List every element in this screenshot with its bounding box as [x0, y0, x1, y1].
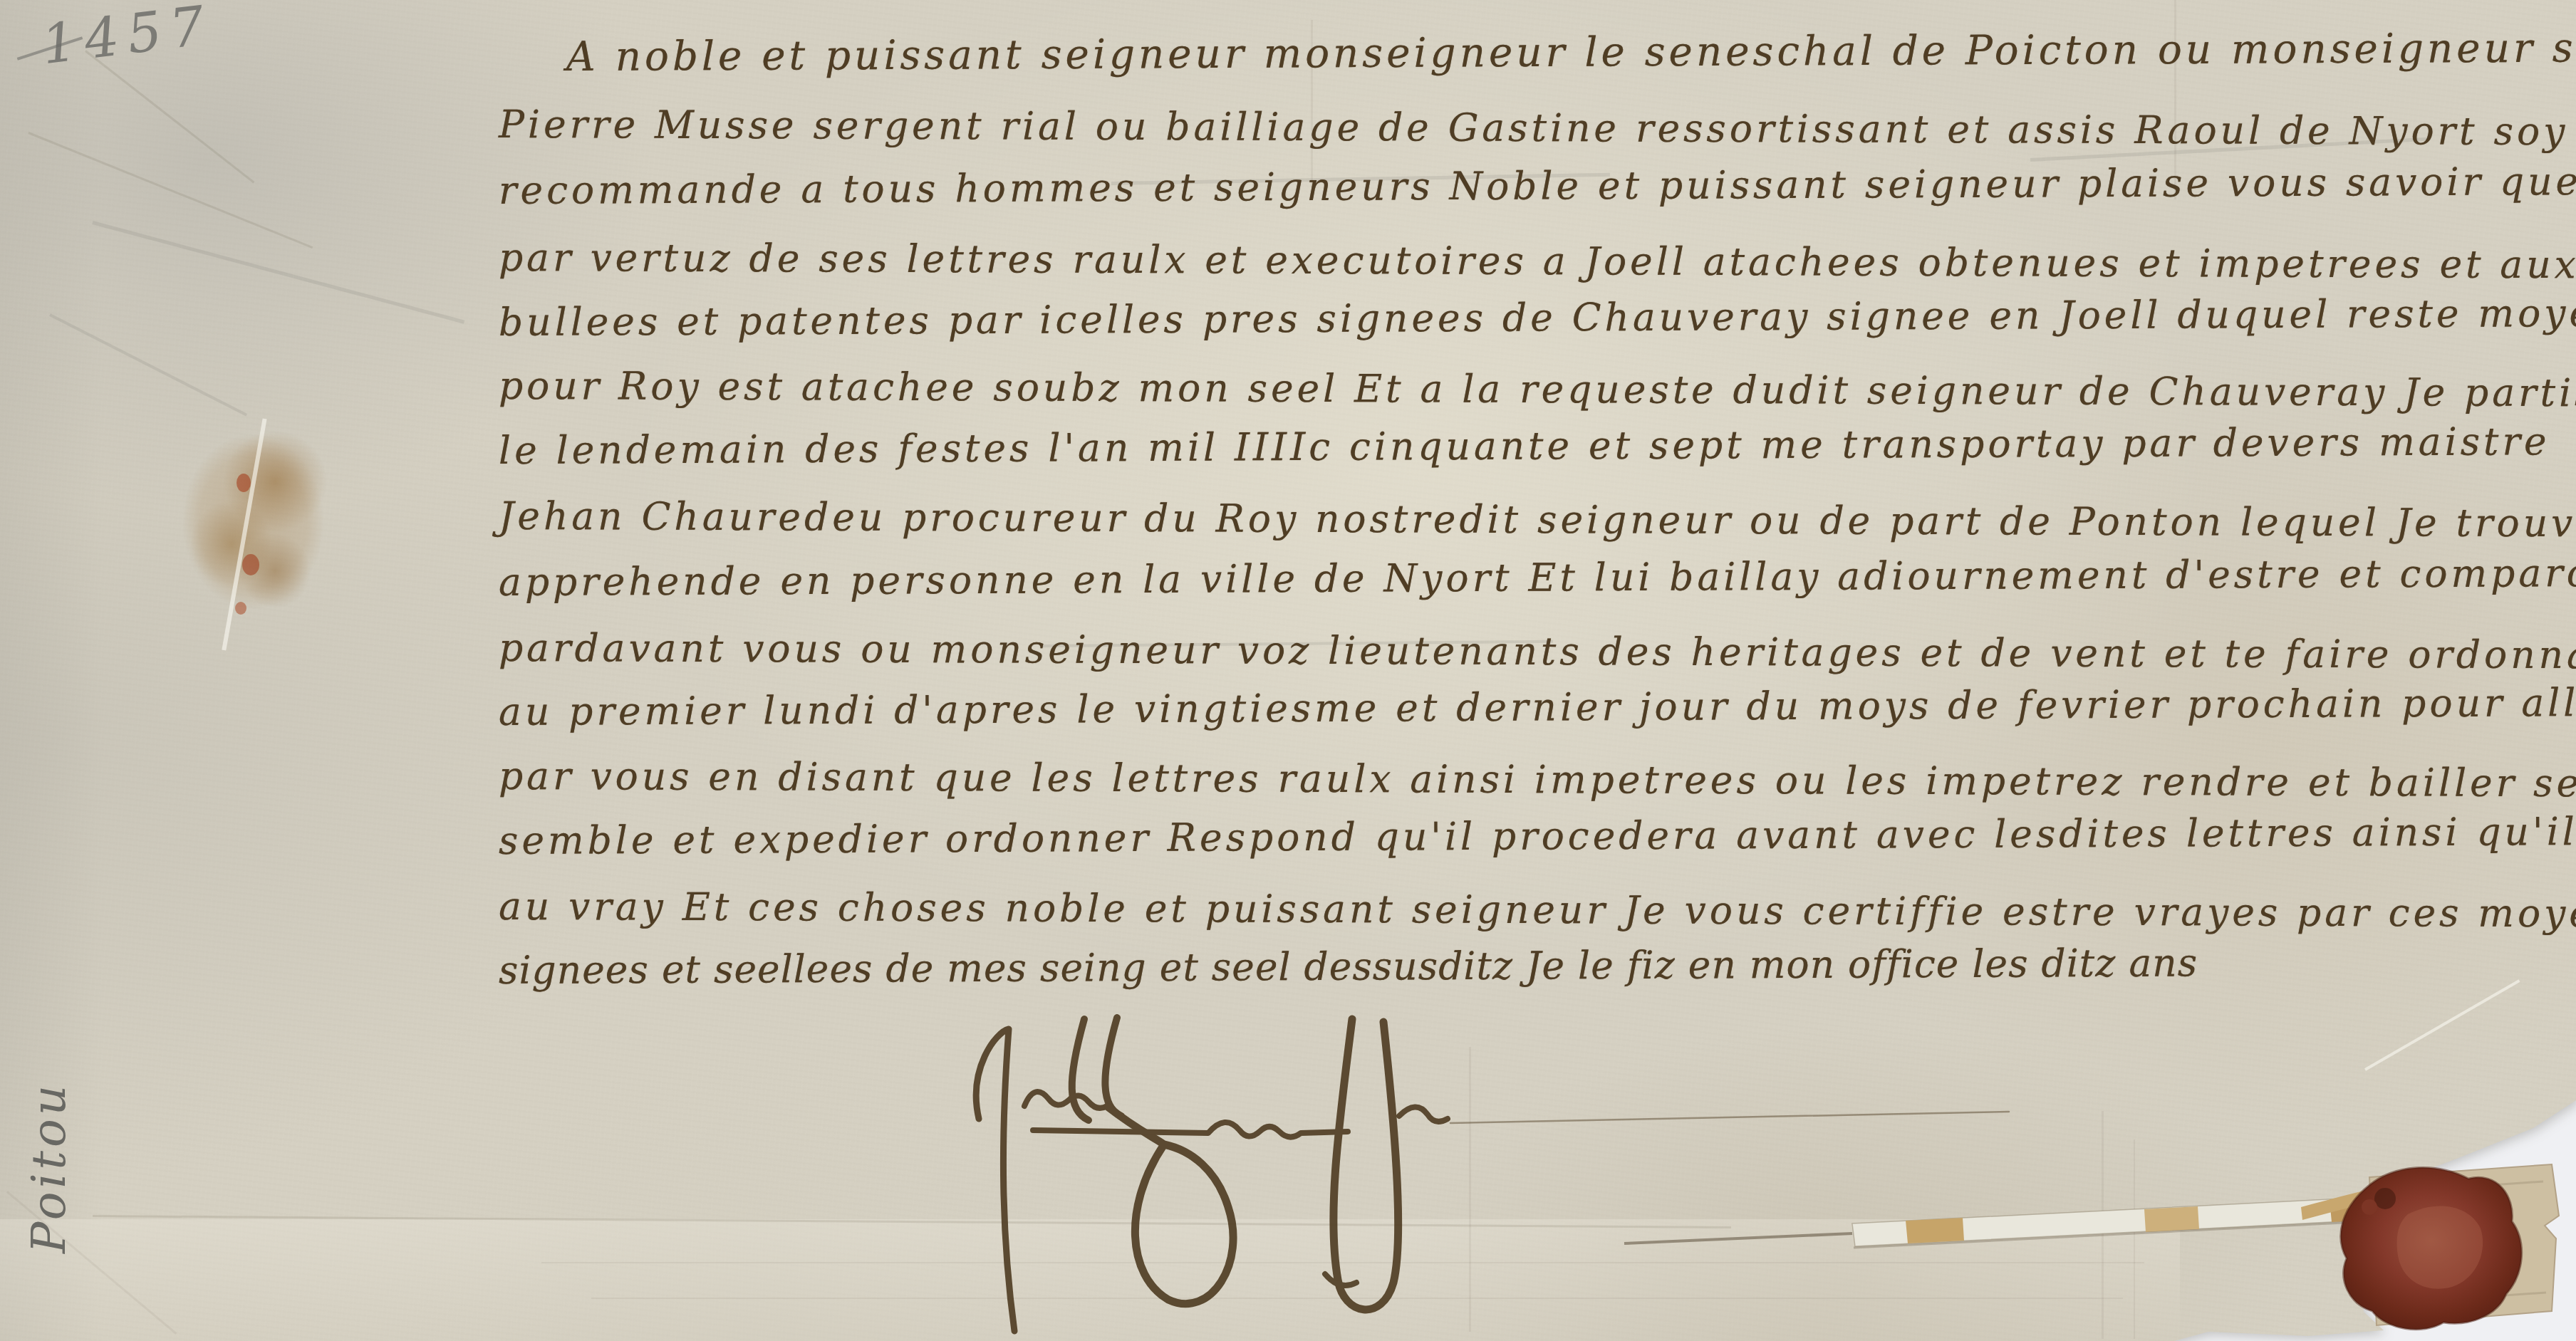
photo-background: 1457 Poitou A noble et puissant seigneur…	[0, 0, 2576, 1341]
manuscript-line: A noble et puissant seigneur monseigneur…	[566, 22, 2576, 82]
signature-flourish	[926, 1001, 2037, 1341]
manuscript-line: pour Roy est atachee soubz mon seel Et a…	[499, 361, 2576, 418]
wax-seal	[2301, 1136, 2576, 1341]
manuscript-line: semble et expedier ordonner Respond qu'i…	[499, 806, 2576, 866]
manuscript-line: au premier lundi d'apres le vingtiesme e…	[499, 677, 2576, 737]
manuscript-line: pardavant vous ou monseigneur voz lieute…	[499, 623, 2576, 682]
manuscript-line: bullees et patentes par icelles pres sig…	[499, 288, 2576, 348]
tag-strip	[1617, 1175, 2411, 1268]
manuscript-line: Jehan Chauredeu procureur du Roy nostred…	[499, 491, 2576, 549]
manuscript-line: recommande a tous hommes et seigneurs No…	[499, 157, 2576, 216]
manuscript-line: au vray Et ces choses noble et puissant …	[499, 882, 2576, 939]
manuscript-line: par vous en disant que les lettres raulx…	[499, 751, 2576, 809]
manuscript-line: Pierre Musse sergent rial ou bailliage d…	[499, 100, 2568, 157]
manuscript-line: le lendemain des festes l'an mil IIIIc c…	[499, 417, 2550, 476]
manuscript-line: signees et seellees de mes seing et seel…	[499, 938, 2198, 996]
manuscript-line: par vertuz de ses lettres raulx et execu…	[499, 233, 2576, 290]
manuscript-line: apprehende en personne en la ville de Ny…	[499, 548, 2576, 607]
